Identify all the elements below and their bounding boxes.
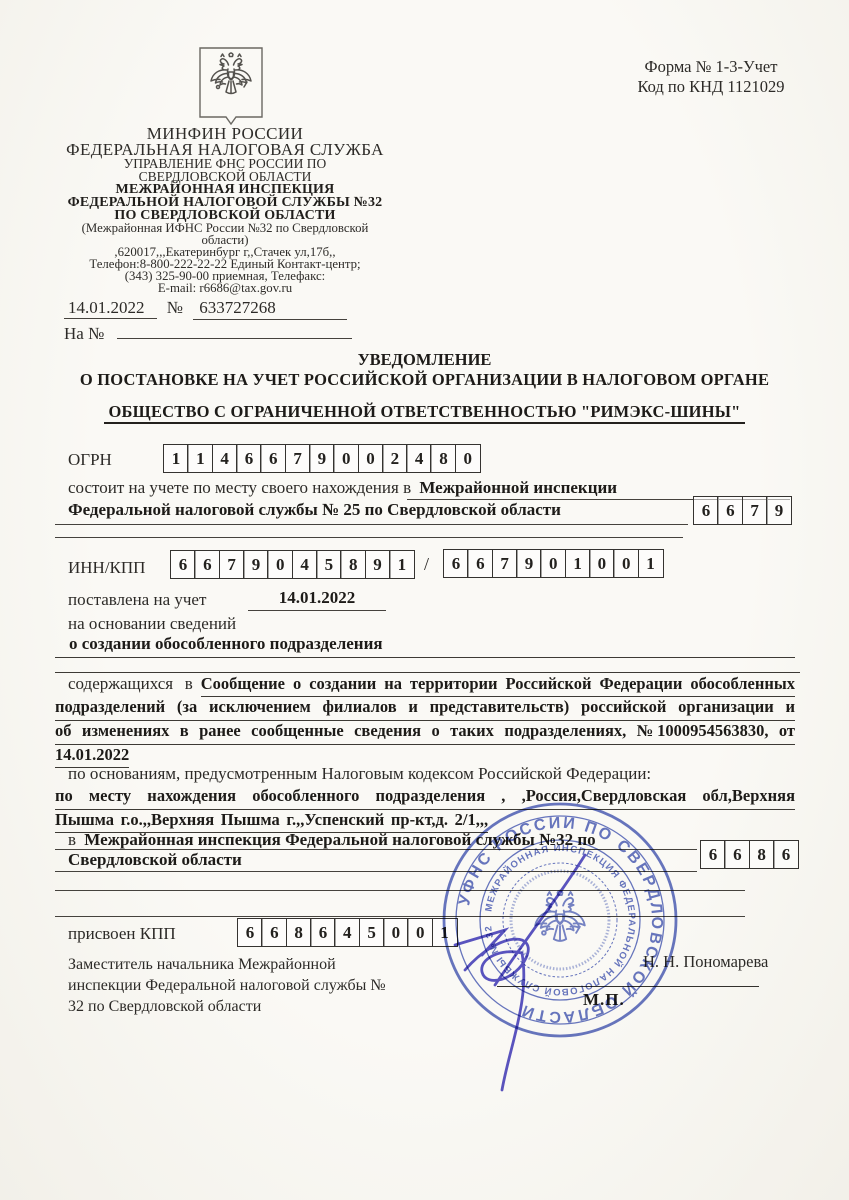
digit-cell: 0 <box>358 444 384 473</box>
digit-cell: 0 <box>540 549 566 578</box>
digit-cell: 6 <box>724 840 750 869</box>
source-doc-line-1: содержащихся в Сообщение о создании на т… <box>55 674 795 697</box>
ogrn-value-cells: 1146679002480 <box>163 444 481 473</box>
digit-cell: 6 <box>237 918 263 947</box>
digit-cell: 6 <box>261 918 287 947</box>
digit-cell: 6 <box>693 496 719 525</box>
empty-fill-line <box>55 660 800 673</box>
digit-cell: 0 <box>589 549 615 578</box>
digit-cell: 6 <box>194 550 220 579</box>
digit-cell: 8 <box>749 840 775 869</box>
source-doc-line-2: подразделений (за исключением филиалов и… <box>55 697 795 721</box>
digit-cell: 6 <box>236 444 262 473</box>
signer-position: Заместитель начальника Межрайонной инспе… <box>68 954 448 1017</box>
digit-cell: 7 <box>285 444 311 473</box>
ogrn-label: ОГРН <box>68 450 112 470</box>
digit-cell: 0 <box>613 549 639 578</box>
digit-cell: 6 <box>467 549 493 578</box>
document-number: 633727268 <box>193 298 347 320</box>
digit-cell: 9 <box>309 444 335 473</box>
source-doc-prefix: содержащихся в <box>55 674 193 693</box>
source-doc-line-3: об изменениях в ранее сообщенные сведени… <box>55 721 795 745</box>
authority-prefix: в <box>68 830 76 849</box>
registered-date-value: 14.01.2022 <box>248 588 386 611</box>
knd-code: Код по КНД 1121029 <box>596 77 826 97</box>
number-sign: № <box>161 298 189 317</box>
digit-cell: 1 <box>389 550 415 579</box>
inn-kpp-label: ИНН/КПП <box>68 558 145 578</box>
digit-cell: 6 <box>773 840 799 869</box>
title-line-2: О ПОСТАНОВКЕ НА УЧЕТ РОССИЙСКОЙ ОРГАНИЗА… <box>0 370 849 390</box>
inn-kpp-separator: / <box>424 554 429 575</box>
digit-cell: 0 <box>333 444 359 473</box>
double-headed-eagle-icon <box>211 53 251 94</box>
company-name: ОБЩЕСТВО С ОГРАНИЧЕННОЙ ОТВЕТСТВЕННОСТЬЮ… <box>0 402 849 422</box>
scanned-tax-notification-page: Форма № 1-3-Учет Код по КНД 1121029 МИНФ… <box>0 0 849 1200</box>
digit-cell: 6 <box>170 550 196 579</box>
reply-to-row: На № <box>64 322 352 344</box>
empty-fill-line <box>55 525 683 538</box>
ref-number-row: 14.01.2022 № 633727268 <box>64 298 347 320</box>
digit-cell: 2 <box>382 444 408 473</box>
digit-cell: 1 <box>565 549 591 578</box>
tax-office-name-part1: Межрайонной инспекции <box>419 478 617 497</box>
assigned-kpp-label: присвоен КПП <box>68 924 176 944</box>
digit-cell: 5 <box>316 550 342 579</box>
digit-cell: 0 <box>383 918 409 947</box>
authority-code-cells: 6686 <box>700 840 799 869</box>
digit-cell: 1 <box>163 444 189 473</box>
grounds-label: по основаниям, предусмотренным Налоговым… <box>68 764 651 784</box>
digit-cell: 0 <box>455 444 481 473</box>
registration-line-1: состоит на учете по месту своего нахожде… <box>55 478 795 500</box>
digit-cell: 6 <box>700 840 726 869</box>
digit-cell: 9 <box>365 550 391 579</box>
digit-cell: 0 <box>267 550 293 579</box>
form-code-block: Форма № 1-3-Учет Код по КНД 1121029 <box>596 57 826 97</box>
digit-cell: 8 <box>340 550 366 579</box>
digit-cell: 4 <box>334 918 360 947</box>
tax-office-code-cells: 6679 <box>693 496 792 525</box>
kpp-cells: 667901001 <box>443 549 664 578</box>
basis-value: о создании обособленного подразделения <box>55 634 795 658</box>
reply-label: На № <box>64 324 104 343</box>
digit-cell: 1 <box>187 444 213 473</box>
digit-cell: 4 <box>406 444 432 473</box>
digit-cell: 5 <box>359 918 385 947</box>
document-date: 14.01.2022 <box>64 298 157 319</box>
title-line-1: УВЕДОМЛЕНИЕ <box>0 350 849 370</box>
digit-cell: 6 <box>443 549 469 578</box>
digit-cell: 7 <box>742 496 768 525</box>
digit-cell: 8 <box>430 444 456 473</box>
registered-date-label: поставлена на учет <box>68 590 206 610</box>
digit-cell: 9 <box>243 550 269 579</box>
inn-cells: 6679045891 <box>170 550 415 579</box>
digit-cell: 6 <box>717 496 743 525</box>
digit-cell: 4 <box>292 550 318 579</box>
reply-number-blank <box>117 322 352 339</box>
digit-cell: 1 <box>638 549 664 578</box>
digit-cell: 4 <box>212 444 238 473</box>
digit-cell: 7 <box>492 549 518 578</box>
basis-label: на основании сведений <box>68 614 236 634</box>
digit-cell: 7 <box>219 550 245 579</box>
digit-cell: 9 <box>766 496 792 525</box>
digit-cell: 6 <box>310 918 336 947</box>
digit-cell: 9 <box>516 549 542 578</box>
letterhead: МИНФИН РОССИИ ФЕДЕРАЛЬНАЯ НАЛОГОВАЯ СЛУЖ… <box>45 126 405 294</box>
source-document-paragraph: содержащихся в Сообщение о создании на т… <box>55 674 795 768</box>
tax-office-name-part2: Федеральной налоговой службы № 25 по Све… <box>55 500 688 525</box>
letterhead-line: E-mail: r6686@tax.gov.ru <box>45 282 405 294</box>
registration-section: состоит на учете по месту своего нахожде… <box>55 478 795 538</box>
handwritten-signature <box>410 790 700 1100</box>
digit-cell: 8 <box>286 918 312 947</box>
digit-cell: 6 <box>260 444 286 473</box>
form-name: Форма № 1-3-Учет <box>596 57 826 77</box>
coat-of-arms-emblem <box>199 47 263 125</box>
